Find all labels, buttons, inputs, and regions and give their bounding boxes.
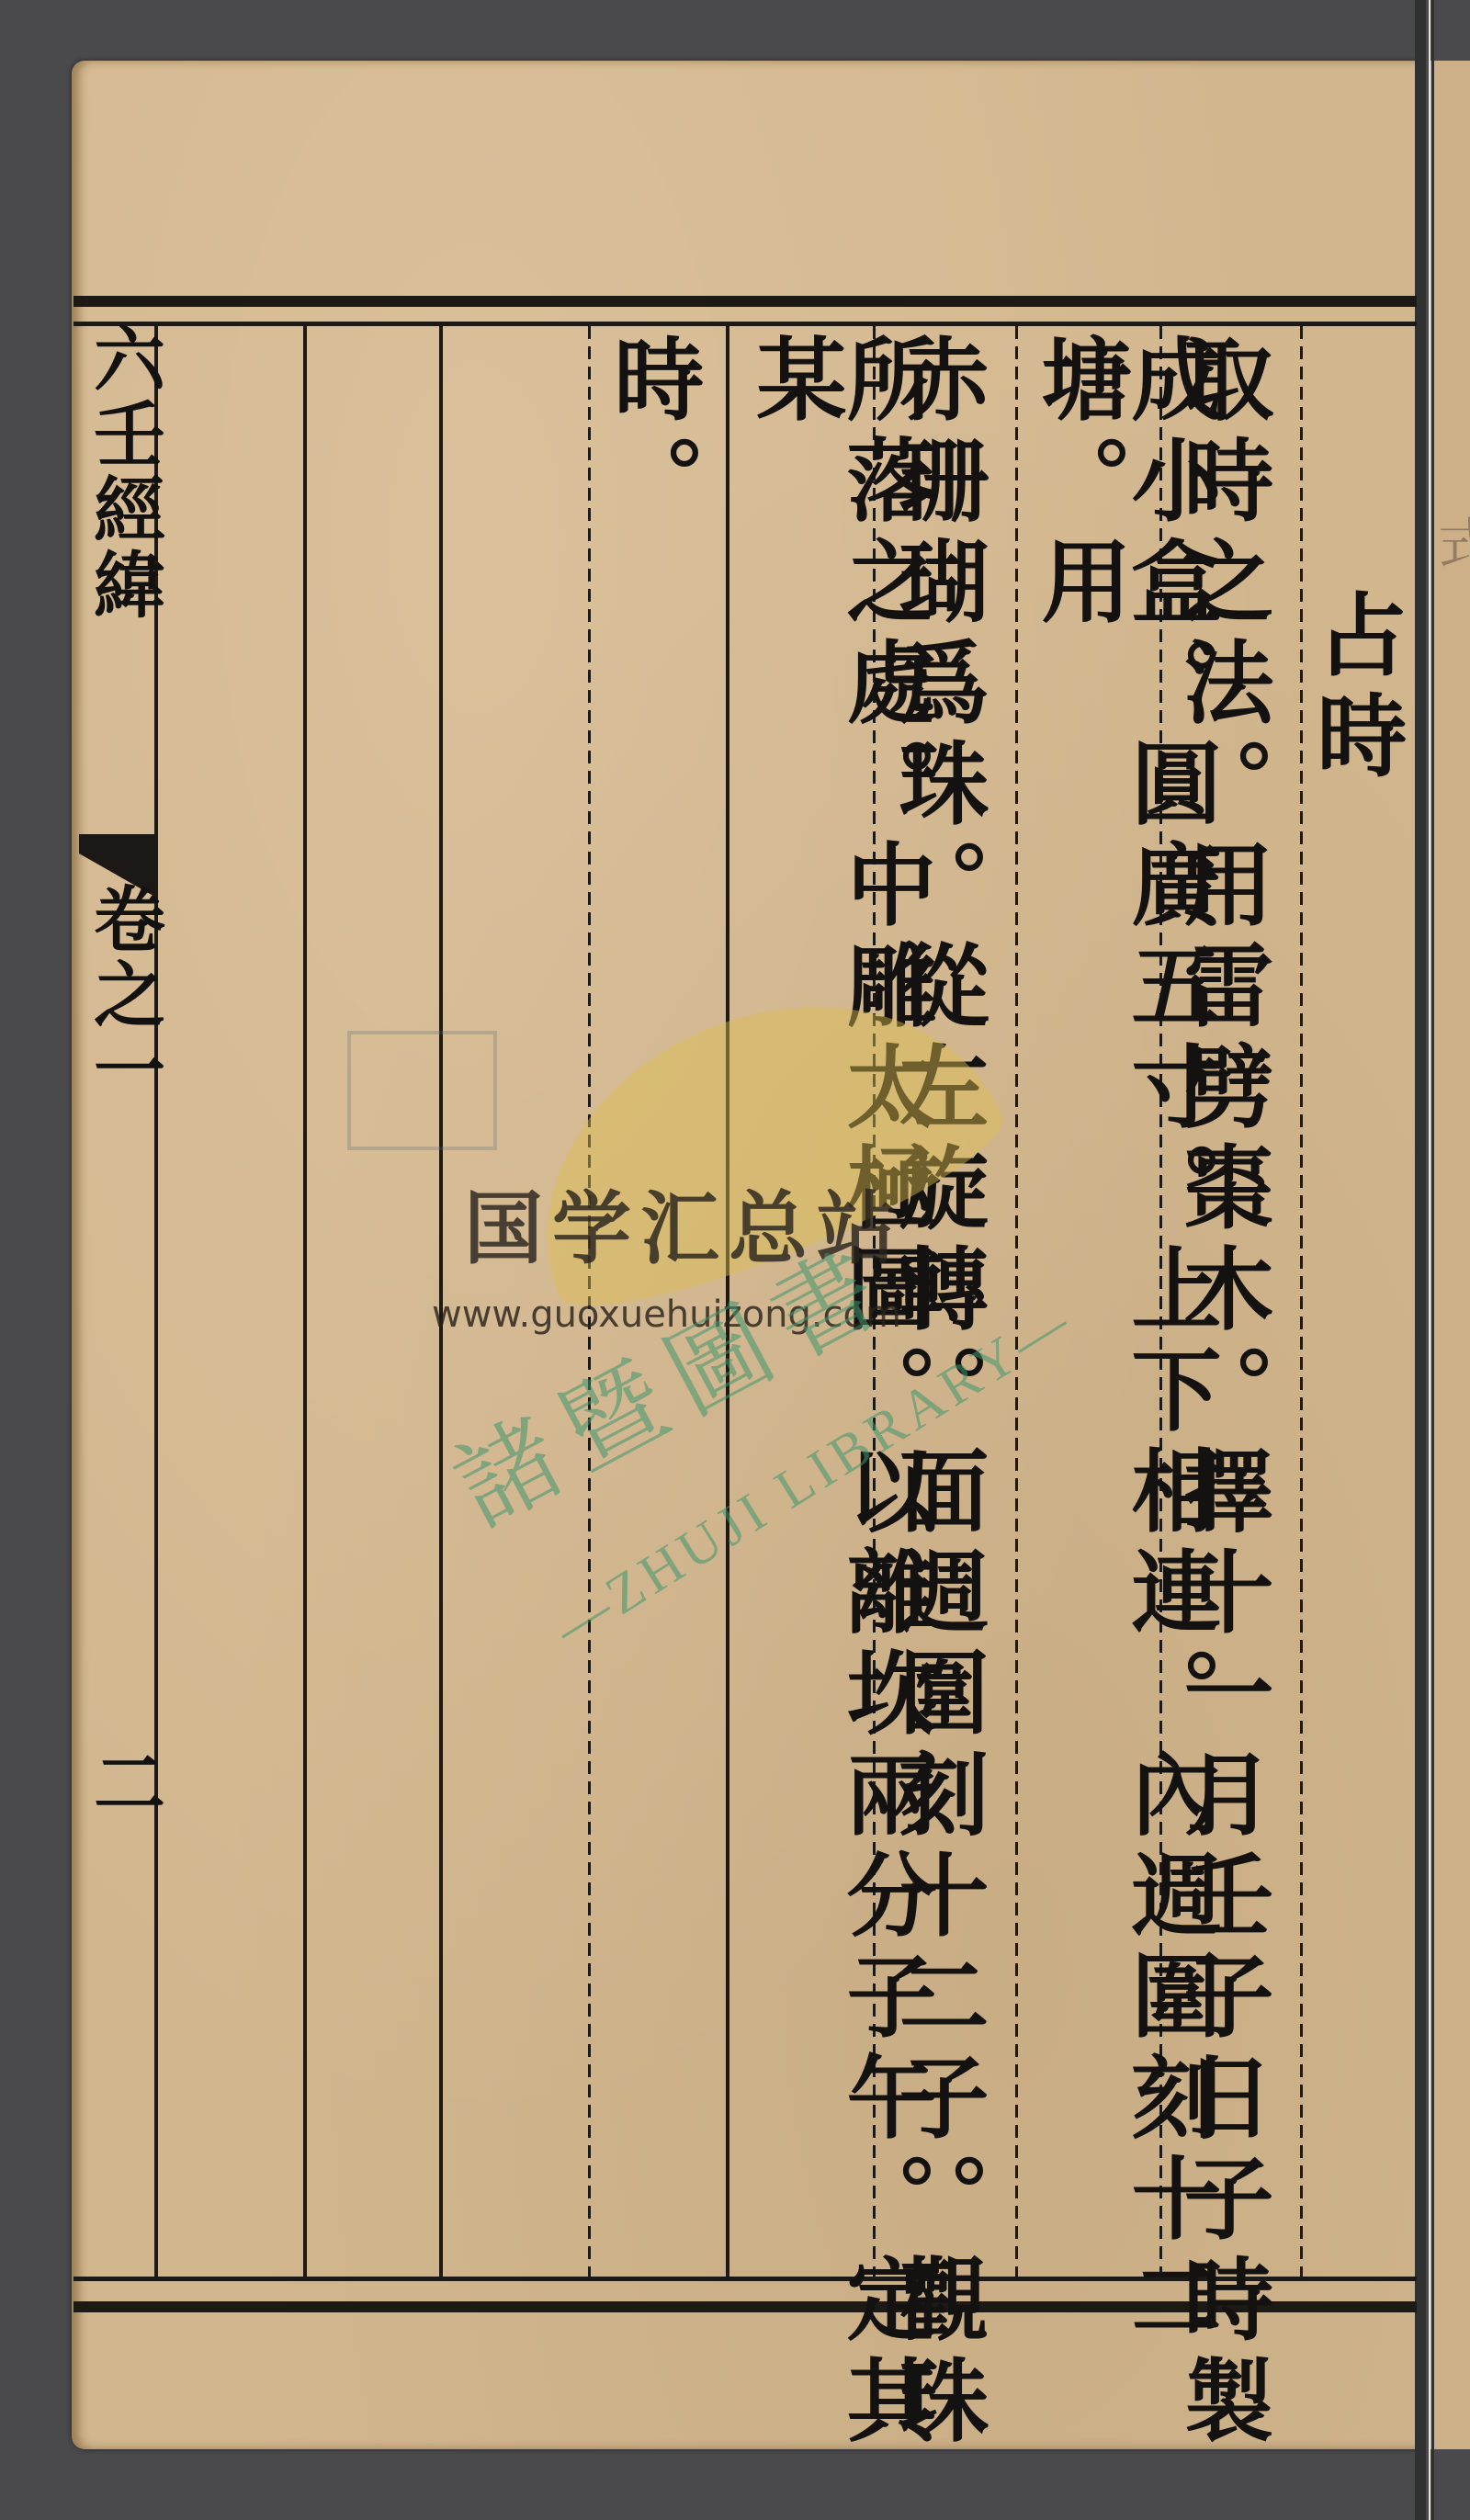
adjacent-page-edge xyxy=(1430,61,1470,2449)
margin-book-title: 六壬經緯 xyxy=(72,322,175,623)
spine-shadow xyxy=(1415,0,1426,2520)
page-number: 二 xyxy=(72,1746,175,1821)
faint-seal-stamp xyxy=(347,1031,497,1150)
next-page-fragment: 式 xyxy=(1438,501,1470,580)
section-heading: 占時 xyxy=(1309,588,1399,790)
column-divider xyxy=(303,326,307,2278)
text-column-5: 時。 xyxy=(606,333,696,535)
spine-edge xyxy=(1431,0,1434,2520)
margin-volume: 卷之一 xyxy=(72,882,175,1108)
column-divider xyxy=(1015,326,1018,2278)
spine-highlight xyxy=(1429,0,1430,2520)
top-border-thin xyxy=(73,322,1417,326)
top-border-thick xyxy=(73,296,1417,307)
text-column-2: 成小盒。圓廣五寸。上下相連。內週圍刻十二塘。用 xyxy=(1034,333,1214,2520)
